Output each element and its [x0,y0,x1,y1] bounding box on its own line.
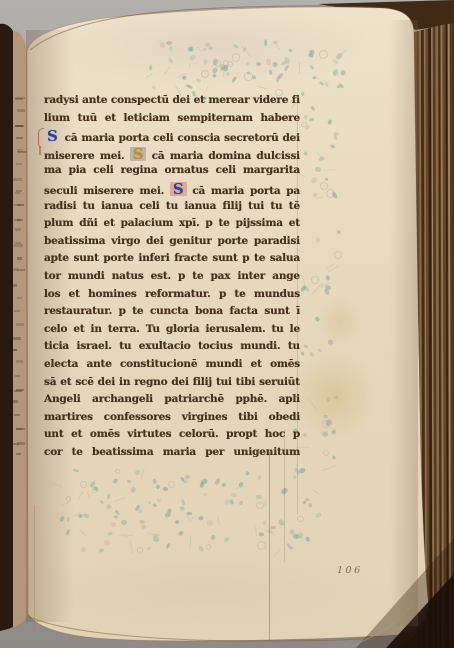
penwork-ring [256,502,264,510]
ivy-leaf [299,284,307,292]
penwork-ring [297,516,303,522]
word: te [219,217,230,229]
word: fi [292,94,300,106]
ivy-leaf [134,504,141,512]
word: plum [44,217,73,229]
flower-dot [316,238,320,242]
word: p [242,252,249,264]
manuscript-line: beatissimavirgodeigeniturporteparadisi [44,235,300,253]
ivy-leaf [329,144,335,149]
word: seruiūt [259,376,300,388]
word: ange [272,270,300,282]
word: dei [146,235,163,247]
ivy-leaf [199,481,205,488]
word: ante [82,94,107,106]
word: te [234,288,245,300]
word: ī [296,305,300,317]
word: tē [289,200,300,212]
ivy-leaf [126,479,131,484]
ivy-leaf [304,151,307,155]
word: dei [98,376,115,388]
facing-page-text-mark [16,360,23,362]
penwork-ring [311,276,318,283]
ivy-leaf [112,478,118,484]
vine-stem [204,86,208,92]
ivy-leaf [292,533,300,540]
word: cuncta [150,305,189,317]
ivy-leaf [238,500,243,505]
ruling-line-red [269,452,270,642]
word: celi [93,164,113,176]
facing-page-text-mark [13,204,21,206]
vine-stem [312,489,319,494]
word: maria [211,185,244,197]
ivy-leaf [120,520,127,526]
word: conspectū [111,94,169,106]
word: ierusalem. [205,323,265,335]
ivy-leaf [223,499,230,506]
word: seculi [44,185,77,197]
word: tor [44,270,61,282]
page-edge-line [442,24,444,648]
manuscript-line: sāetscēdeiinregnodeifilijtuitibiseruiūt [44,376,300,394]
vine-stem [327,169,335,170]
facing-page-text-mark [13,337,21,339]
word: dñi [79,217,97,229]
ivy-leaf [105,503,112,510]
manuscript-line: liumtuūetleticiamsempiternamhabere [44,112,300,130]
word: celi [216,164,236,176]
ivy-leaf [82,513,89,519]
word: est. [151,270,171,282]
word: tu [270,200,282,212]
manuscript-line: untetomēsvirtutescelorū.propthocp [44,428,300,446]
word: mundus [254,288,300,300]
ivy-leaf [221,482,227,488]
ivy-leaf [186,84,193,89]
word: constitucionē [120,358,197,370]
vine-stem [254,524,257,536]
vine-stem [257,86,268,90]
ivy-leaf [298,468,305,475]
vine-stem [315,197,323,198]
ivy-leaf [319,156,325,161]
parchment-tint [40,550,370,630]
vine-stem [327,263,334,268]
word: sā [44,376,56,388]
facing-page-text-mark [14,219,23,221]
facing-page-text-mark [17,219,21,221]
ivy-leaf [137,508,143,514]
manuscript-line: Angeliarchangelipatriarchēpphē.apli [44,393,300,411]
ivy-leaf [324,284,331,291]
ivy-leaf [231,492,238,498]
word: terra. [108,323,140,335]
facing-page-text-mark [17,257,22,259]
facing-page-text-mark [13,349,17,351]
facing-page-text-mark [16,190,22,192]
word: paradisi [254,235,300,247]
page-edge-line [446,24,448,648]
facing-page-text-mark [15,97,25,99]
word: tuū [78,112,98,124]
vine-stem [236,486,245,489]
ivy-leaf [305,124,311,130]
penwork-ring [115,469,121,475]
penwork-ring [320,182,328,190]
page-edge-line [449,24,451,648]
vine-stem [316,152,323,158]
word: maria [170,150,203,162]
penwork-ring [80,481,87,488]
ivy-leaf [106,494,110,500]
word: p [205,217,212,229]
word: miserere [83,185,134,197]
word: ornatus [165,164,209,176]
manuscript-line: electaanteconstitucionēmundietomēs [44,358,300,376]
word: et [104,217,115,229]
manuscript-line: martiresconfessoresvirginestibiobedi [44,411,300,429]
penwork-ring [326,189,335,198]
word: dei [283,132,300,144]
page-edge-line [427,24,429,648]
page-edge-line [432,24,434,648]
ivy-leaf [185,475,190,479]
ivy-leaf [151,85,156,90]
word: tui [216,376,232,388]
illuminated-initial: S [44,129,61,143]
word: propt [226,428,257,440]
word: miserere [44,150,95,162]
word: tu [83,200,95,212]
facing-page-text-mark [16,163,21,165]
page-edge-line [420,24,422,648]
word: inter [237,270,265,282]
word: et [71,428,82,440]
word: filij [223,200,242,212]
ivy-leaf [223,537,229,543]
vine-stem [322,465,336,471]
manuscript-line: plumdñietpalaciumxpī.ptepijssimaet [44,217,300,235]
word: ma [44,164,62,176]
facing-page-text-mark [13,284,17,286]
word: et [194,94,205,106]
manuscript-text-block: radysianteconspectūdeietmerearviderefili… [44,94,300,463]
ivy-leaf [152,502,157,507]
ivy-leaf [336,85,340,89]
word: videre [253,94,288,106]
penwork-ring [257,541,266,550]
ivy-leaf [314,512,322,519]
ivy-leaf [258,475,262,481]
word: cor [44,446,62,458]
ivy-leaf [337,230,341,235]
word: te [132,305,143,317]
vine-stem [191,514,196,519]
word: te [192,270,203,282]
word: radysi [44,94,78,106]
word: pphē. [235,393,267,405]
word: reformatur. [145,288,211,300]
word: merear [208,94,249,106]
facing-page-text-mark [13,268,18,270]
word: dulcissi [256,150,300,162]
manuscript-line: aptesuntporteinferifractesuntptesalua [44,252,300,270]
vine-stem [140,468,145,480]
word: ianua [101,200,133,212]
ivy-leaf [214,477,221,485]
illuminated-initial: S [170,182,187,196]
ivy-leaf [326,119,332,126]
word: mundi [206,358,243,370]
manuscript-line: radisituianuacelituianuafilijtuitutē [44,200,300,218]
ivy-leaf [179,507,185,512]
facing-page-text-mark [16,323,24,325]
manuscript-line: celoetinterra.Tugloriaierusalem.tule [44,323,300,341]
word: pia [69,164,87,176]
word: te [72,446,83,458]
flower-dot [111,522,116,527]
vine-stem [78,492,83,501]
ivy-leaf [305,536,311,542]
word: per [205,446,224,458]
manuscript-line: restauratur.ptecunctabonafactasuntī [44,305,300,323]
word: porte [103,252,133,264]
ivy-leaf [304,285,310,292]
vine-stem [189,535,191,549]
word: beatissima [44,235,105,247]
word: p [293,428,300,440]
word: archangeli [92,393,153,405]
word: omēs [90,428,120,440]
ivy-leaf [289,528,295,535]
facing-page-text-mark [15,242,21,244]
word: bona [195,305,223,317]
manuscript-line: cortebeatissimamariaperunigenitum [44,446,300,464]
word: p [178,270,185,282]
word: facta [230,305,258,317]
word: sunt [212,252,237,264]
ivy-leaf [142,524,147,528]
word: in [119,376,130,388]
word: maria [81,132,114,144]
ivy-leaf [324,288,330,295]
ivy-leaf [259,532,264,536]
ivy-leaf [203,492,208,496]
word: habere [260,112,299,124]
page-edge-line [425,24,427,648]
ivy-leaf [155,484,160,489]
ivy-leaf [303,345,309,349]
manuscript-line: losethominesreformatur.ptemundus [44,288,300,306]
vine-stem [86,492,90,499]
word: celi [139,200,159,212]
ivy-leaf [333,132,339,137]
facing-page-text-mark [15,98,23,100]
parchment-stain [316,296,364,348]
vine-stem [264,499,267,506]
word: xpī. [179,217,199,229]
ivy-leaf [113,509,120,516]
facing-page-text-mark [13,443,19,445]
word: ianua [184,200,216,212]
page-edge-line [434,24,436,648]
ivy-leaf [202,478,207,482]
illuminated-initial: S [130,147,147,161]
word: gloria [166,323,199,335]
word: pa [286,185,300,197]
word: pax [211,270,231,282]
word: beatissima [92,446,153,458]
word: et [251,358,262,370]
word: mundi [68,270,105,282]
word: omēs [270,358,300,370]
page-edge-line [439,24,441,648]
word: fracte [174,252,208,264]
word: sunt [74,252,99,264]
word: sempiternam [177,112,252,124]
word: celo [44,323,67,335]
word: et [105,112,116,124]
word: exultacio [139,340,191,352]
word: martires [44,411,93,423]
facing-page-text-mark [14,244,24,246]
penwork-ring [323,450,329,456]
facing-page-text-mark [13,178,22,180]
facing-page-text-mark [13,400,18,402]
penwork-ring [168,481,175,488]
word: Angeli [44,393,81,405]
page-edge-line [451,24,453,648]
word: secretorū [224,132,278,144]
ivy-leaf [187,512,193,516]
ivy-leaf [198,515,204,521]
fore-edge-shadow [390,20,418,626]
word: obedi [269,411,300,423]
facing-page-text-mark [14,390,22,392]
ivy-leaf [174,519,179,524]
word: p [119,305,126,317]
penwork-ring [301,122,307,128]
facing-page-text-mark [15,125,23,127]
ivy-leaf [178,530,184,536]
vine-stem [113,497,126,502]
ivy-leaf [181,499,186,506]
vine-stem [147,533,160,537]
ivy-leaf [308,503,313,508]
ivy-leaf [163,486,169,491]
word: lium [44,112,70,124]
flower-dot [157,499,161,503]
word: apte [44,252,69,264]
ivy-leaf [77,513,83,519]
vine-stem [119,535,133,537]
facing-page-text-mark [15,192,20,194]
word: radisi [44,200,76,212]
word: tibi [236,376,255,388]
word: unigenitum [234,446,301,458]
word: cā [192,185,205,197]
ivy-leaf [332,455,335,459]
vine-stem [79,529,85,537]
vine-stem [321,283,330,287]
facing-page-text-mark [16,428,25,430]
ivy-leaf [138,518,145,524]
word: porta [250,185,281,197]
ivy-leaf [153,534,160,539]
ivy-leaf [114,514,119,518]
vine-stem [186,512,192,522]
word: natus [112,270,144,282]
page-edge-line [422,24,424,648]
ivy-leaf [134,469,140,475]
word: margarita [243,164,300,176]
facing-page-text-mark [17,297,22,299]
ivy-leaf [166,508,172,514]
vine-stem [302,275,305,285]
word: dei [173,94,190,106]
fore-edge-page-lines [418,24,453,648]
word: celi [153,132,173,144]
flower-dot [272,526,276,530]
ivy-leaf [331,191,338,199]
ivy-leaf [296,532,304,540]
facing-page-text-mark [14,310,21,312]
ivy-leaf [129,486,137,494]
word: le [290,323,300,335]
ivy-leaf [302,500,306,504]
facing-page-text-mark [17,109,26,111]
ivy-leaf [304,497,309,502]
ivy-leaf [310,106,316,112]
manuscript-line: seculimisereremei.Scāmariaportapa [44,182,300,200]
word: porte [218,235,248,247]
facing-page-text-mark [13,349,17,351]
word: restauratur. [44,305,112,317]
word: genitur [169,235,211,247]
manuscript-line: ticiaisrael.tuexultaciotociusmundi.tu [44,340,300,358]
facing-page-text-mark [16,428,23,430]
ivy-leaf [179,477,185,482]
word: leticiam [124,112,170,124]
vine-stem [217,516,221,525]
ruling-line-left [34,505,35,631]
word: et [289,217,300,229]
word: mundi. [240,340,280,352]
word: palacium [121,217,173,229]
word: ante [87,358,112,370]
manuscript-line: radysianteconspectūdeietmerearviderefi [44,94,300,112]
flower-dot [104,540,110,546]
penwork-ring [92,487,98,493]
ivy-leaf [152,536,160,543]
vine-stem [312,282,322,294]
word: inferi [138,252,169,264]
word: unt [44,428,64,440]
penwork-ring [334,251,342,259]
word: regno [134,376,167,388]
word: et [60,376,71,388]
parchment-stain [290,350,378,442]
ivy-leaf [152,478,157,484]
word: in [91,323,102,335]
word: tui [248,200,264,212]
facing-page-text-mark [17,204,24,206]
ivy-leaf [325,177,329,180]
word: virgines [182,411,228,423]
flower-dot [207,520,213,526]
ivy-leaf [183,479,188,484]
